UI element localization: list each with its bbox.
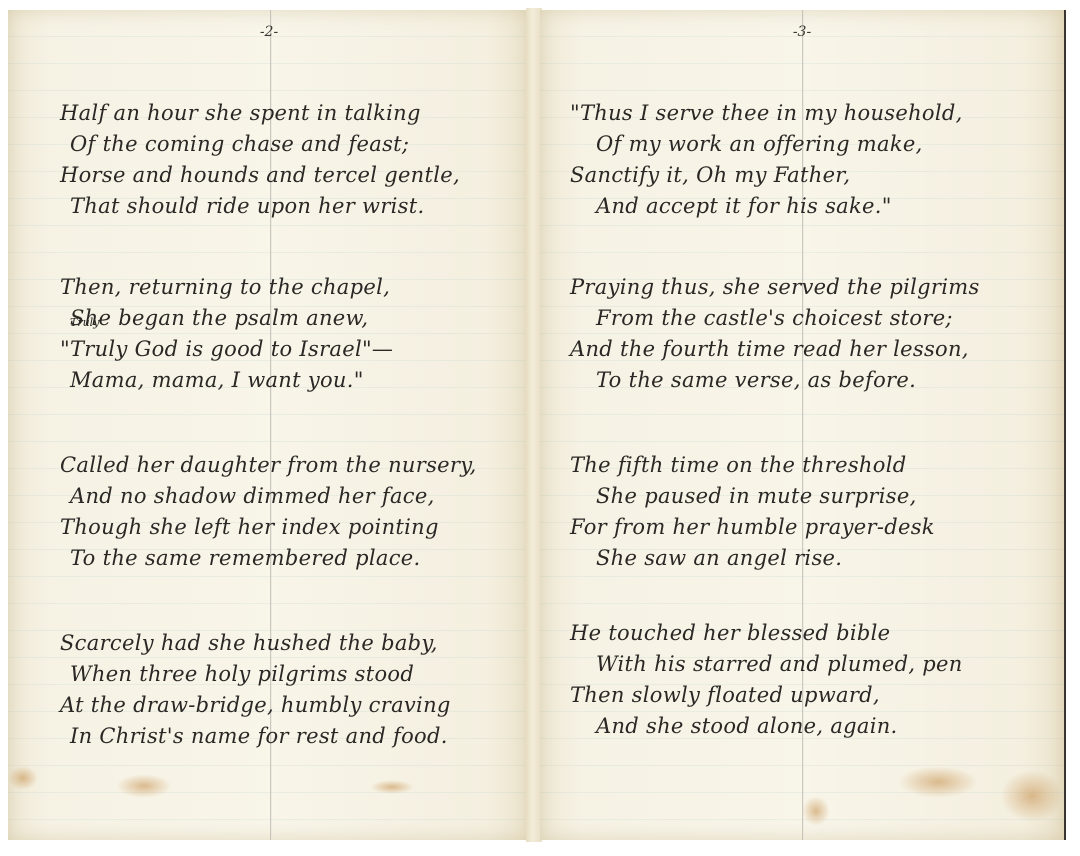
verse-line: Then, returning to the chapel, [8,272,530,303]
verse-line: Called her daughter from the nursery, [8,450,530,481]
verse-line: With his starred and plumed, pen [540,649,1064,680]
verse-line: And no shadow dimmed her face, [8,481,530,512]
verse-line: Of the coming chase and feast; [8,129,530,160]
paper-stain [802,796,830,826]
verse-line: She paused in mute surprise, [540,481,1064,512]
stanza-3: Called her daughter from the nursery, An… [8,450,530,574]
verse-line: For from her humble prayer-desk [540,512,1064,543]
verse-line: When three holy pilgrims stood [8,659,530,690]
verse-line: In Christ's name for rest and food. [8,721,530,752]
verse-line: Half an hour she spent in talking [8,98,530,129]
paper-stain [8,766,38,790]
verse-line: Praying thus, she served the pilgrims [540,272,1064,303]
verse-line: Scarcely had she hushed the baby, [8,628,530,659]
paper-stain [898,766,978,798]
paper-stain [370,780,414,794]
verse-line: From the castle's choicest store; [540,303,1064,334]
verse-line: She saw an angel rise. [540,543,1064,574]
verse-line: And accept it for his sake." [540,191,1064,222]
stanza-2: Then, returning to the chapel, She began… [8,272,530,396]
verse-line: "Thus I serve thee in my household, [540,98,1064,129]
paper-stain [116,774,172,798]
stanza-2: Praying thus, she served the pilgrims Fr… [540,272,1064,396]
stanza-4: Scarcely had she hushed the baby, When t… [8,628,530,752]
inserted-correction: Truly [70,316,99,329]
verse-line: The fifth time on the threshold [540,450,1064,481]
verse-line: Then slowly floated upward, [540,680,1064,711]
verse-line: To the same remembered place. [8,543,530,574]
page-number: -2- [8,24,530,40]
left-page: -2- Half an hour she spent in talking Of… [8,10,530,840]
verse-line: At the draw-bridge, humbly craving [8,690,530,721]
verse-line: He touched her blessed bible [540,618,1064,649]
verse-line: And the fourth time read her lesson, [540,334,1064,365]
paper-stain [1000,770,1064,822]
page-number: -3- [540,24,1064,40]
verse-line: Horse and hounds and tercel gentle, [8,160,530,191]
stanza-1: Half an hour she spent in talking Of the… [8,98,530,222]
stanza-3: The fifth time on the threshold She paus… [540,450,1064,574]
verse-line: To the same verse, as before. [540,365,1064,396]
stanza-4: He touched her blessed bible With his st… [540,618,1064,742]
verse-line: Mama, mama, I want you." [8,365,530,396]
verse-line: Of my work an offering make, [540,129,1064,160]
verse-line: Sanctify it, Oh my Father, [540,160,1064,191]
right-page: -3- "Thus I serve thee in my household, … [540,10,1066,840]
verse-line: That should ride upon her wrist. [8,191,530,222]
verse-line: Though she left her index pointing [8,512,530,543]
verse-line: And she stood alone, again. [540,711,1064,742]
stanza-1: "Thus I serve thee in my household, Of m… [540,98,1064,222]
verse-line: "Truly God is good to Israel"— [8,334,530,365]
